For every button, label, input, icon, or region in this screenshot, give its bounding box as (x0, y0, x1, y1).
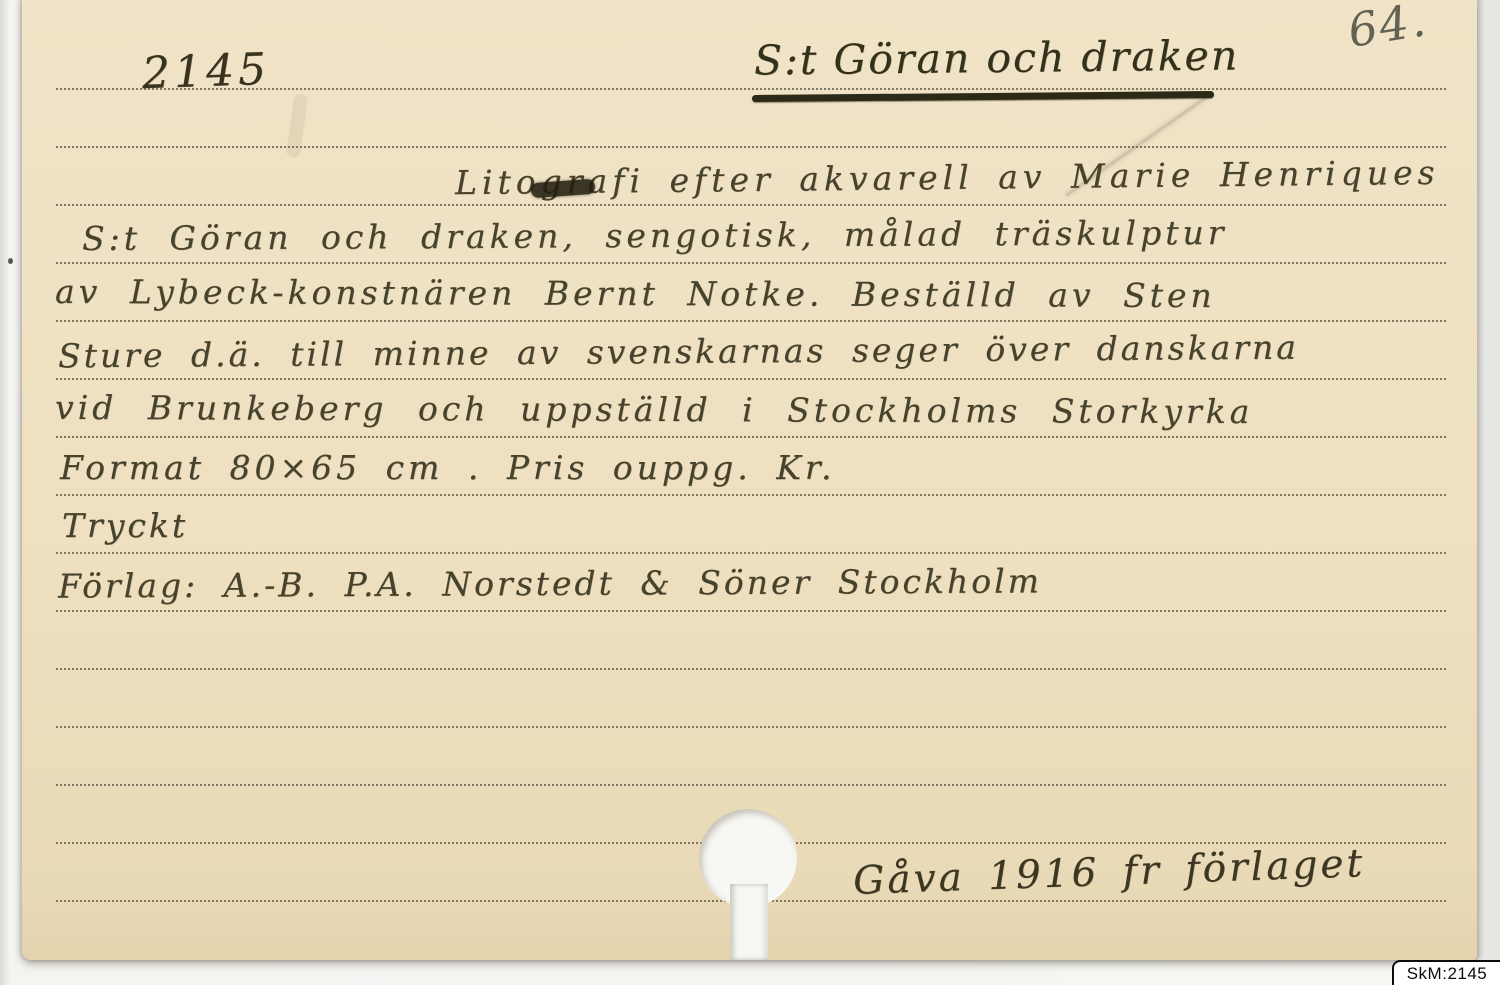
ruled-line (56, 610, 1446, 612)
handwritten-line-4: Sture d.ä. till minne av svenskarnas seg… (58, 328, 1299, 376)
scanned-document: 2145 64. S:t Göran och draken Litografi … (0, 0, 1500, 985)
handwritten-line-3: av Lybeck-konstnären Bernt Notke. Bestäl… (55, 272, 1216, 315)
ruled-line (56, 784, 1446, 786)
scan-speck (8, 258, 13, 264)
catalog-label: SkM:2145 (1392, 960, 1500, 985)
ruled-line (56, 668, 1446, 670)
pencil-smudge (286, 93, 309, 158)
card-title: S:t Göran och draken (754, 31, 1240, 84)
provenance-note: Gåva 1916 fr förlaget (852, 841, 1365, 904)
ruled-line (56, 494, 1446, 496)
handwritten-line-8: Förlag: A.-B. P.A. Norstedt & Söner Stoc… (58, 561, 1042, 605)
ruled-line (56, 726, 1446, 728)
ruled-line (56, 378, 1446, 380)
title-underline (752, 91, 1214, 102)
ruled-line (56, 204, 1446, 206)
handwritten-line-2: S:t Göran och draken, sengotisk, målad t… (82, 213, 1228, 258)
handwritten-line-5: vid Brunkeberg och uppställd i Stockholm… (55, 388, 1253, 431)
page-number: 64. (1344, 0, 1431, 58)
index-card: 2145 64. S:t Göran och draken Litografi … (22, 0, 1477, 960)
handwritten-line-6: Format 80×65 cm . Pris ouppg. Kr. (60, 448, 836, 487)
keyhole-stem (730, 884, 768, 960)
ruled-line (56, 146, 1446, 148)
handwritten-line-7: Tryckt (62, 506, 188, 545)
ruled-line (56, 552, 1446, 554)
ruled-line (56, 436, 1446, 438)
ruled-line (56, 320, 1446, 322)
handwritten-line-1: Litografi efter akvarell av Marie Henriq… (455, 153, 1440, 202)
ruled-line (56, 262, 1446, 264)
inventory-number: 2145 (141, 44, 271, 99)
